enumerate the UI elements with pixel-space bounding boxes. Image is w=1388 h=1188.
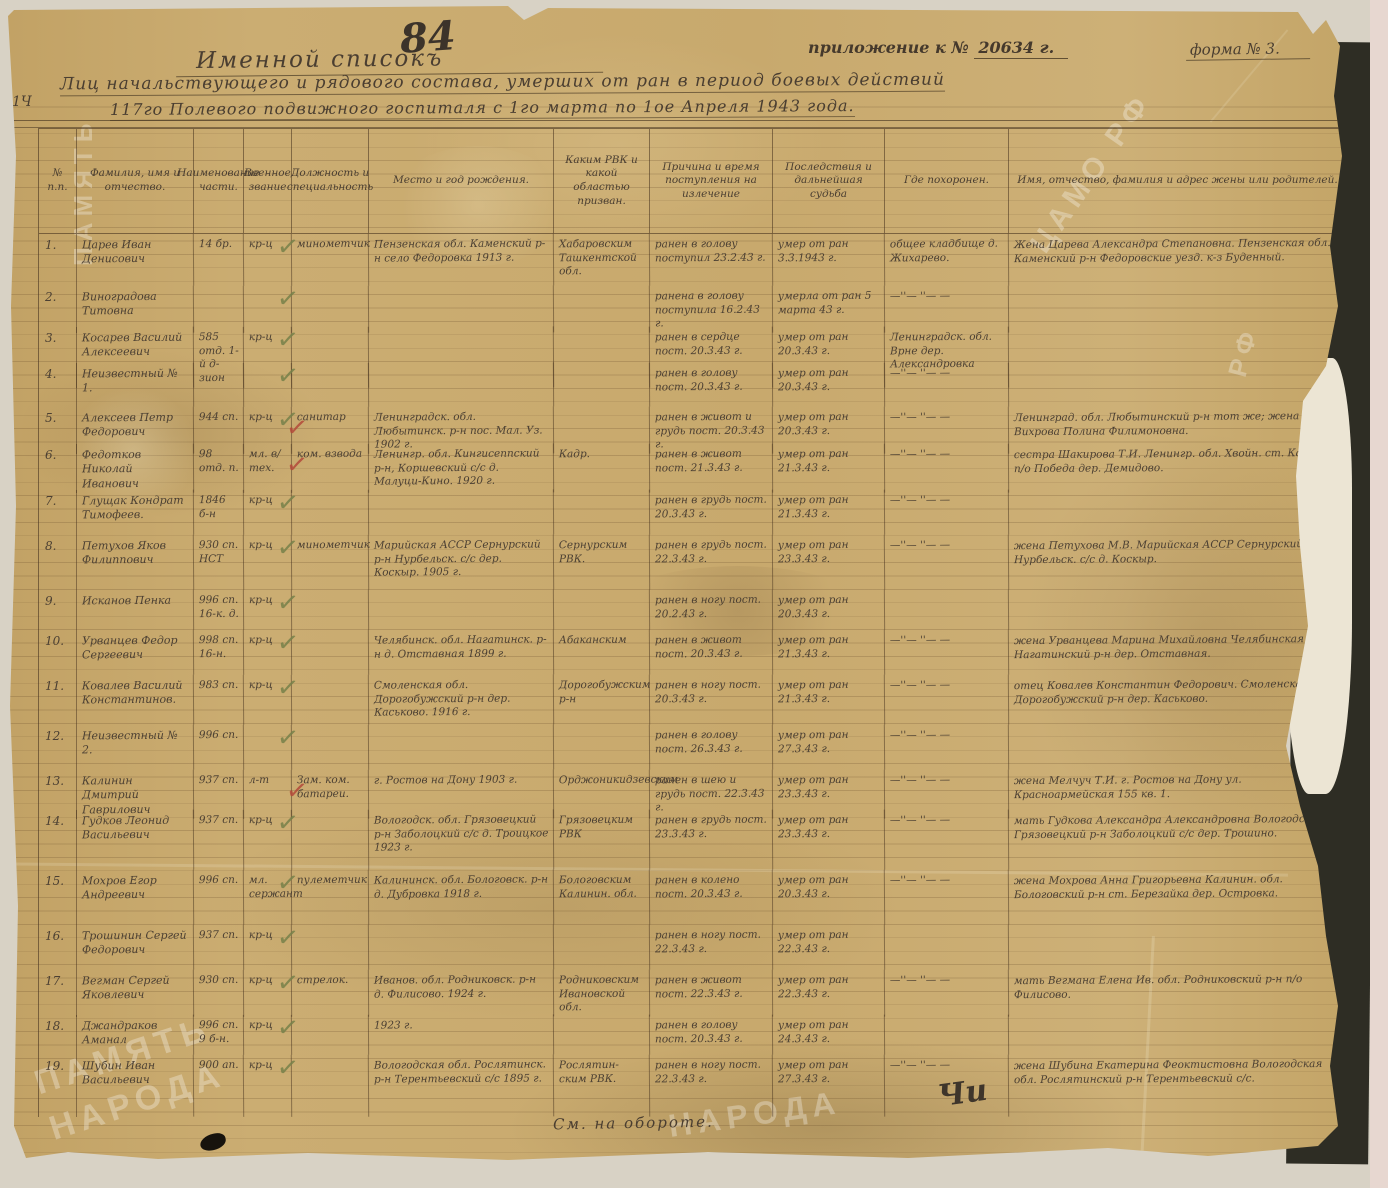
annex-number: 20634 г. bbox=[974, 38, 1068, 59]
footer-note: См. на обороте. bbox=[553, 1113, 714, 1134]
cell-position: ✓ bbox=[292, 675, 369, 726]
cell-position: ✓ bbox=[292, 725, 369, 771]
table-row: 9.Исканов Пенка996 сп. 16-к. д.кр-ц✓ране… bbox=[39, 590, 1344, 630]
cell-row-number: 8. bbox=[39, 535, 77, 590]
cell-cause: ранен в грудь пост. 22.3.43 г. bbox=[650, 535, 773, 591]
annex-reference: приложение к № 20634 г. bbox=[808, 38, 1068, 57]
cell-outcome: умер от ран 20.3.43 г. bbox=[773, 870, 885, 926]
cell-birthplace: Марийская АССР Сернурский р-н Нурбельск.… bbox=[369, 534, 554, 590]
cell-row-number: 14. bbox=[39, 810, 77, 870]
cell-row-number: 2. bbox=[39, 286, 77, 333]
col-header-drafted-by: Каким РВК и какой областью призван. bbox=[554, 129, 650, 233]
green-checkmark-icon: ✓ bbox=[275, 589, 300, 618]
cell-cause: ранен в грудь пост. 23.3.43 г. bbox=[650, 810, 773, 871]
cell-unit: 14 бр. bbox=[194, 234, 244, 286]
cell-cause: ранен в ногу пост. 22.3.43 г. bbox=[650, 1055, 773, 1118]
cell-relatives: жена Шубина Екатерина Феоктистовна Волог… bbox=[1009, 1054, 1346, 1118]
table-row: 7.Глущак Кондрат Тимофеев.1846 б-нкр-ц✓р… bbox=[39, 490, 1344, 535]
casualty-table: № п.п. Фамилия, имя и отчество. Наименов… bbox=[38, 128, 1345, 1117]
scanned-document: ПАМЯТЬ НАРОДА ЦАМО РФ НАРОДА ПАМЯТЬ РФ 8… bbox=[0, 0, 1388, 1188]
cell-birthplace: Челябинск. обл. Нагатинск. р-н д. Отстав… bbox=[369, 629, 554, 675]
cell-birthplace: Ленингр. обл. Кингисеппский р-н, Коршевс… bbox=[369, 443, 554, 493]
cell-row-number: 15. bbox=[39, 870, 77, 925]
cell-birthplace: Калининск. обл. Бологовск. р-н д. Дубров… bbox=[369, 869, 554, 925]
cell-relatives bbox=[1009, 362, 1346, 408]
cell-relatives: мать Гудкова Александра Александровна Во… bbox=[1009, 809, 1346, 871]
cell-burial: —''— ''— — bbox=[885, 675, 1009, 726]
cell-outcome: умер от ран 22.3.43 г. bbox=[773, 925, 885, 971]
table-row: 5.Алексеев Петр Федорович944 сп.кр-цсани… bbox=[39, 407, 1344, 444]
green-checkmark-icon: ✓ bbox=[275, 629, 300, 658]
cell-name: Петухов Яков Филиппович bbox=[77, 535, 194, 591]
cell-drafted-by bbox=[554, 1015, 650, 1056]
scan-edge-strip bbox=[1370, 0, 1388, 1188]
table-body: 1.Царев Иван Денисович14 бр.кр-цминометч… bbox=[38, 234, 1345, 1117]
cell-birthplace bbox=[369, 589, 554, 630]
cell-outcome: умер от ран 21.3.43 г. bbox=[773, 630, 885, 676]
green-checkmark-icon: ✓ bbox=[275, 285, 300, 314]
cell-burial: —''— ''— — bbox=[885, 535, 1009, 591]
table-row: 1.Царев Иван Денисович14 бр.кр-цминометч… bbox=[39, 234, 1344, 286]
cell-row-number: 17. bbox=[39, 970, 77, 1017]
cell-name: Мохров Егор Андреевич bbox=[77, 870, 194, 926]
cell-cause: ранен в ногу пост. 22.3.43 г. bbox=[650, 925, 773, 971]
cell-unit: 1846 б-н bbox=[194, 490, 244, 535]
cell-position: ✓ bbox=[292, 810, 369, 871]
cell-burial bbox=[885, 1015, 1009, 1056]
col-header-burial: Где похоронен. bbox=[885, 129, 1009, 233]
cell-birthplace: Вологодск. обл. Грязовецкий р-н Заболоцк… bbox=[369, 809, 554, 870]
cell-birthplace: Вологодская обл. Рослятинск. р-н Теренть… bbox=[369, 1054, 554, 1117]
green-checkmark-icon: ✓ bbox=[275, 489, 300, 518]
green-checkmark-icon: ✓ bbox=[275, 326, 300, 355]
table-row: 3.Косарев Василий Алексеевич585 отд. 1-й… bbox=[39, 327, 1344, 363]
cell-cause: ранен в ногу пост. 20.2.43 г. bbox=[650, 590, 773, 631]
cell-outcome: умер от ран 23.3.43 г. bbox=[773, 535, 885, 591]
cell-relatives bbox=[1009, 489, 1346, 536]
cell-outcome: умер от ран 22.3.43 г. bbox=[773, 970, 885, 1018]
cell-position: минометчик✓ bbox=[292, 234, 369, 287]
cell-unit: 996 сп. bbox=[194, 725, 244, 770]
cell-outcome: умер от ран 3.3.1943 г. bbox=[773, 234, 885, 287]
col-header-birthplace: Место и год рождения. bbox=[369, 129, 554, 233]
cell-relatives: Жена Царева Александра Степановна. Пензе… bbox=[1009, 233, 1346, 287]
cell-row-number: 6. bbox=[39, 444, 77, 493]
red-checkmark-icon: ✓ bbox=[284, 414, 309, 443]
cell-name: Вегман Сергей Яковлевич bbox=[77, 970, 194, 1018]
cell-burial: —''— ''— — bbox=[885, 970, 1009, 1018]
form-number: форма № 3. bbox=[1186, 39, 1310, 61]
annex-label: приложение к № bbox=[808, 38, 969, 57]
cell-name: Федотков Николай Иванович bbox=[77, 444, 194, 494]
cell-outcome: умер от ран 20.3.43 г. bbox=[773, 363, 885, 408]
cell-unit: 937 сп. bbox=[194, 925, 244, 970]
cell-position: ✓ bbox=[292, 925, 369, 971]
cell-cause: ранен в колено пост. 20.3.43 г. bbox=[650, 870, 773, 926]
col-header-cause: Причина и время поступления на излечение bbox=[650, 129, 773, 233]
cell-burial: общее кладбище д. Жихарево. bbox=[885, 234, 1009, 287]
table-row: 14.Гудков Леонид Васильевич937 сп.кр-ц✓В… bbox=[39, 810, 1344, 870]
green-checkmark-icon: ✓ bbox=[275, 534, 300, 563]
table-row: 13.Калинин Дмитрий Гаврилович937 сп.л-тЗ… bbox=[39, 770, 1344, 810]
cell-position: ✓ bbox=[292, 1055, 369, 1118]
cell-cause: ранен в ногу пост. 20.3.43 г. bbox=[650, 675, 773, 726]
cell-row-number: 11. bbox=[39, 675, 77, 725]
cell-burial: —''— ''— — bbox=[885, 630, 1009, 676]
cell-row-number: 16. bbox=[39, 925, 77, 970]
cell-position: ✓ bbox=[292, 590, 369, 631]
cell-unit: 98 отд. п. bbox=[194, 444, 244, 493]
green-checkmark-icon: ✓ bbox=[275, 1054, 300, 1083]
cell-relatives bbox=[1009, 924, 1346, 971]
subtitle-line-2: 117го Полевого подвижного госпиталя с 1г… bbox=[110, 96, 855, 121]
table-row: 2.Виноградова Титовна✓ранена в голову по… bbox=[39, 286, 1344, 327]
cell-drafted-by bbox=[554, 725, 650, 771]
cell-birthplace: Смоленская обл. Дорогобужский р-н дер. К… bbox=[369, 674, 554, 725]
cell-relatives bbox=[1009, 1014, 1346, 1056]
green-checkmark-icon: ✓ bbox=[275, 924, 300, 953]
cell-position: минометчик✓ bbox=[292, 535, 369, 591]
red-checkmark-icon: ✓ bbox=[284, 451, 309, 480]
table-row: 16.Трошинин Сергей Федорович937 сп.кр-ц✓… bbox=[39, 925, 1344, 970]
cell-outcome: умер от ран 27.3.43 г. bbox=[773, 725, 885, 771]
cell-drafted-by: Кадр. bbox=[554, 444, 650, 494]
cell-cause: ранен в живот пост. 21.3.43 г. bbox=[650, 444, 773, 494]
table-row: 8.Петухов Яков Филиппович930 сп. НСТкр-ц… bbox=[39, 535, 1344, 590]
cell-name: Гудков Леонид Васильевич bbox=[77, 810, 194, 871]
cell-burial: —''— ''— — bbox=[885, 725, 1009, 771]
subtitle-line-1: Лиц начальствующего и рядового состава, … bbox=[60, 70, 945, 97]
cell-burial bbox=[885, 925, 1009, 971]
cell-cause: ранен в грудь пост. 20.3.43 г. bbox=[650, 490, 773, 536]
table-row: 15.Мохров Егор Андреевич996 сп.мл. сержа… bbox=[39, 870, 1344, 925]
cell-unit: 930 сп. НСТ bbox=[194, 535, 244, 590]
table-row: 10.Урванцев Федор Сергеевич998 сп. 16-н.… bbox=[39, 630, 1344, 675]
col-header-outcome: Последствия и дальнейшая судьба bbox=[773, 129, 885, 233]
cell-unit bbox=[194, 363, 244, 407]
cell-unit: 996 сп. bbox=[194, 870, 244, 925]
cell-name: Джандраков Аманал bbox=[77, 1015, 194, 1056]
cell-relatives: жена Урванцева Марина Михайловна Челябин… bbox=[1009, 629, 1346, 676]
cell-drafted-by: Родниковским Ивановской обл. bbox=[554, 970, 650, 1018]
table-row: 11.Ковалев Василий Константинов.983 сп.к… bbox=[39, 675, 1344, 725]
cell-name: Глущак Кондрат Тимофеев. bbox=[77, 490, 194, 536]
table-row: 18.Джандраков Аманал996 сп. 9 б-н.кр-ц✓1… bbox=[39, 1015, 1344, 1055]
cell-cause: ранен в голову пост. 20.3.43 г. bbox=[650, 1015, 773, 1056]
cell-drafted-by: Рослятин- ским РВК. bbox=[554, 1055, 650, 1118]
cell-row-number: 4. bbox=[39, 363, 77, 407]
cell-birthplace bbox=[369, 924, 554, 970]
cell-relatives bbox=[1009, 589, 1346, 631]
cell-cause: ранен в голову пост. 26.3.43 г. bbox=[650, 725, 773, 771]
col-header-number: № п.п. bbox=[39, 129, 77, 233]
cell-drafted-by: Бологовским Калинин. обл. bbox=[554, 870, 650, 926]
cell-outcome: умер от ран 21.3.43 г. bbox=[773, 490, 885, 536]
cell-name: Исканов Пенка bbox=[77, 590, 194, 631]
cell-unit: 900 ап. bbox=[194, 1055, 244, 1117]
cell-name: Неизвестный № 1. bbox=[77, 363, 194, 408]
cell-row-number: 1. bbox=[39, 234, 77, 286]
cell-burial: —''— ''— — bbox=[885, 363, 1009, 408]
cell-outcome: умер от ран 21.3.43 г. bbox=[773, 675, 885, 726]
cell-birthplace: Иванов. обл. Родниковск. р-н д. Филисово… bbox=[369, 969, 554, 1017]
cell-burial bbox=[885, 590, 1009, 631]
cell-name: Царев Иван Денисович bbox=[77, 234, 194, 287]
green-checkmark-icon: ✓ bbox=[275, 233, 300, 262]
cell-relatives: мать Вегмана Елена Ив. обл. Родниковский… bbox=[1009, 969, 1346, 1018]
cell-row-number: 10. bbox=[39, 630, 77, 675]
cell-row-number: 7. bbox=[39, 490, 77, 535]
cell-outcome: умер от ран 27.3.43 г. bbox=[773, 1055, 885, 1118]
cell-outcome: умер от ран 20.3.43 г. bbox=[773, 590, 885, 631]
table-header-row: № п.п. Фамилия, имя и отчество. Наименов… bbox=[38, 128, 1345, 234]
cell-name: Трошинин Сергей Федорович bbox=[77, 925, 194, 971]
cell-row-number: 18. bbox=[39, 1015, 77, 1055]
cell-outcome: умер от ран 24.3.43 г. bbox=[773, 1015, 885, 1056]
cell-drafted-by: Грязовецким РВК bbox=[554, 810, 650, 871]
cell-drafted-by: Хабаровским Ташкентской обл. bbox=[554, 234, 650, 287]
green-checkmark-icon: ✓ bbox=[275, 674, 300, 703]
cell-burial: —''— ''— — bbox=[885, 810, 1009, 871]
cell-name: Ковалев Василий Константинов. bbox=[77, 675, 194, 726]
table-row: 4.Неизвестный № 1.✓ранен в голову пост. … bbox=[39, 363, 1344, 407]
cell-unit: 983 сп. bbox=[194, 675, 244, 725]
green-checkmark-icon: ✓ bbox=[275, 809, 300, 838]
cell-position: стрелок.✓ bbox=[292, 970, 369, 1017]
col-header-rank: Военное звание bbox=[244, 129, 292, 233]
green-checkmark-icon: ✓ bbox=[275, 1014, 300, 1043]
green-checkmark-icon: ✓ bbox=[275, 969, 300, 998]
col-header-unit: Наименование части. bbox=[194, 129, 244, 233]
cell-outcome: умер от ран 23.3.43 г. bbox=[773, 810, 885, 871]
cell-unit: 996 сп. 9 б-н. bbox=[194, 1015, 244, 1055]
cell-drafted-by bbox=[554, 590, 650, 631]
cell-birthplace bbox=[369, 489, 554, 535]
cell-cause: ранен в голову пост. 20.3.43 г. bbox=[650, 363, 773, 408]
cell-cause: ранен в живот пост. 20.3.43 г. bbox=[650, 630, 773, 676]
cell-position: пулеметчик✓ bbox=[292, 870, 369, 926]
red-checkmark-icon: ✓ bbox=[284, 777, 309, 806]
cell-drafted-by bbox=[554, 490, 650, 536]
col-header-relatives: Имя, отчество, фамилия и адрес жены или … bbox=[1009, 129, 1346, 233]
cell-burial: —''— ''— — bbox=[885, 490, 1009, 536]
cell-unit: 930 сп. bbox=[194, 970, 244, 1017]
cell-birthplace: Пензенская обл. Каменский р-н село Федор… bbox=[369, 233, 554, 286]
cell-position: ✓ bbox=[292, 630, 369, 676]
cell-unit: 998 сп. 16-н. bbox=[194, 630, 244, 675]
cell-position: ✓ bbox=[292, 363, 369, 408]
signature-mark: Чи bbox=[936, 1073, 990, 1115]
document-paper: ПАМЯТЬ НАРОДА ЦАМО РФ НАРОДА ПАМЯТЬ РФ 8… bbox=[8, 6, 1368, 1162]
green-checkmark-icon: ✓ bbox=[275, 362, 300, 391]
table-row: 19.Шубин Иван Васильевич900 ап.кр-ц✓Воло… bbox=[39, 1055, 1344, 1117]
horizontal-rule bbox=[8, 120, 1360, 121]
cell-name: Урванцев Федор Сергеевич bbox=[77, 630, 194, 676]
green-checkmark-icon: ✓ bbox=[275, 724, 300, 753]
col-header-position: Должность и специальность bbox=[292, 129, 369, 233]
cell-drafted-by bbox=[554, 363, 650, 408]
cell-burial: —''— ''— — bbox=[885, 870, 1009, 926]
cell-name: Шубин Иван Васильевич bbox=[77, 1055, 194, 1118]
cell-position: ✓ bbox=[292, 1015, 369, 1056]
cell-relatives: сестра Шакирова Т.И. Ленингр. обл. Хвойн… bbox=[1009, 443, 1346, 494]
cell-relatives: жена Петухова М.В. Марийская АССР Сернур… bbox=[1009, 534, 1346, 591]
cell-unit: 996 сп. 16-к. д. bbox=[194, 590, 244, 630]
cell-drafted-by bbox=[554, 925, 650, 971]
cell-name: Неизвестный № 2. bbox=[77, 725, 194, 771]
cell-position: ✓ bbox=[292, 490, 369, 536]
cell-burial: —''— ''— — bbox=[885, 444, 1009, 494]
green-checkmark-icon: ✓ bbox=[275, 869, 300, 898]
ink-blot bbox=[199, 1131, 228, 1152]
cell-birthplace bbox=[369, 362, 554, 407]
table-row: 12.Неизвестный № 2.996 сп.✓ранен в голов… bbox=[39, 725, 1344, 770]
margin-mark: 1Ч bbox=[12, 94, 32, 110]
cell-cause: ранен в живот пост. 22.3.43 г. bbox=[650, 970, 773, 1018]
cell-drafted-by: Сернурским РВК. bbox=[554, 535, 650, 591]
cell-drafted-by: Дорогобужским р-н bbox=[554, 675, 650, 726]
table-row: 6.Федотков Николай Иванович98 отд. п.мл.… bbox=[39, 444, 1344, 490]
cell-unit: 937 сп. bbox=[194, 810, 244, 870]
cell-outcome: умер от ран 21.3.43 г. bbox=[773, 444, 885, 494]
cell-cause: ранен в голову поступил 23.2.43 г. bbox=[650, 234, 773, 287]
cell-drafted-by: Абаканским bbox=[554, 630, 650, 676]
cell-birthplace: 1923 г. bbox=[369, 1014, 554, 1055]
cell-row-number: 12. bbox=[39, 725, 77, 770]
cell-relatives: жена Мохрова Анна Григорьевна Калинин. о… bbox=[1009, 869, 1346, 926]
cell-birthplace bbox=[369, 724, 554, 770]
cell-row-number: 19. bbox=[39, 1055, 77, 1117]
table-row: 17.Вегман Сергей Яковлевич930 сп.кр-цстр… bbox=[39, 970, 1344, 1015]
cell-position: ком. взвода✓ bbox=[292, 444, 369, 493]
cell-row-number: 9. bbox=[39, 590, 77, 630]
